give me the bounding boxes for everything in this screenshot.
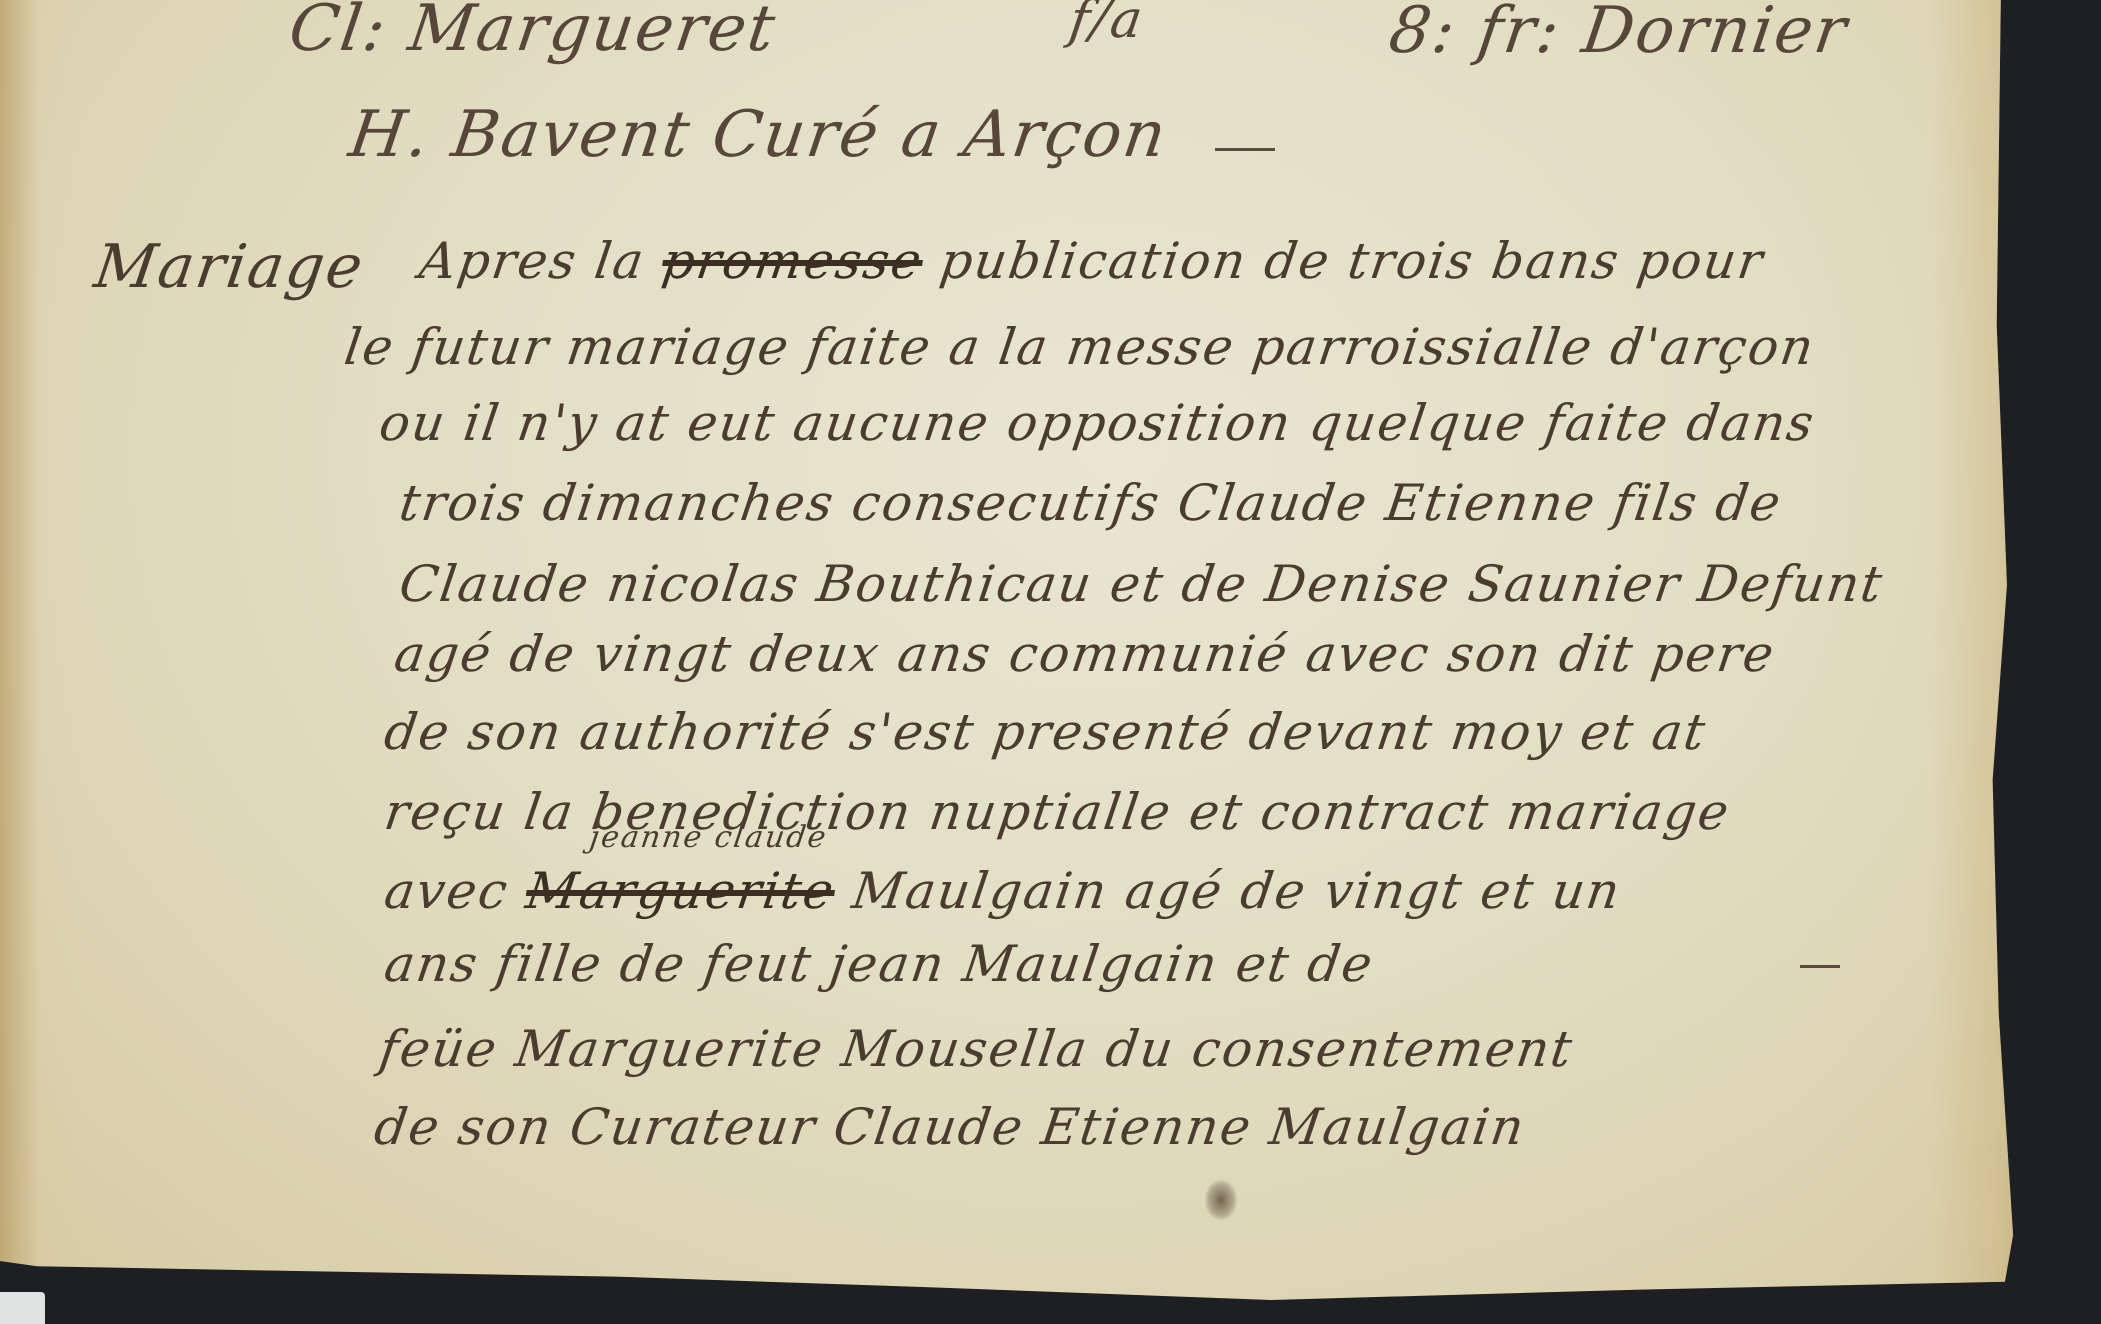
entry-line-4: trois dimanches consecutifs Claude Etien… [396, 474, 1786, 532]
interlinear-insertion: jeanne claude [588, 820, 830, 855]
line-continuation-dash [1800, 965, 1840, 968]
line-text: publication de trois bans pour [919, 232, 1768, 290]
entry-line-11: feüe Marguerite Mousella du consentement [376, 1020, 1577, 1078]
margin-heading: Mariage [90, 232, 369, 302]
entry-line-8: reçu la benediction nuptialle et contrac… [381, 783, 1734, 841]
binding-stain [0, 0, 40, 1300]
struck-word: Marguerite [522, 862, 838, 920]
line-text: avec [381, 862, 531, 920]
signature-curate: H. Bavent Curé a Arçon [345, 98, 1172, 172]
struck-word: promesse [659, 232, 927, 290]
entry-line-7: de son authorité s'est presenté devant m… [381, 703, 1711, 761]
entry-line-3: ou il n'y at eut aucune opposition quelq… [376, 394, 1819, 452]
manuscript-page: Cl: Margueret f/a 8: fr: Dornier H. Bave… [0, 0, 2050, 1300]
page-edge-wear [1930, 0, 2050, 1300]
signature-flourish [1215, 148, 1275, 151]
archive-tab [0, 1292, 45, 1324]
signature-mark: f/a [1066, 0, 1148, 50]
entry-line-12: de son Curateur Claude Etienne Maulgain [371, 1098, 1529, 1156]
line-text: Apres la [416, 232, 667, 290]
entry-line-6: agé de vingt deux ans communié avec son … [391, 625, 1779, 683]
signature-margueret: Cl: Margueret [285, 0, 781, 66]
entry-line-9: avec Marguerite Maulgain agé de vingt et… [381, 862, 1625, 920]
ink-blot [1205, 1180, 1237, 1220]
signature-dornier: 8: fr: Dornier [1385, 0, 1853, 68]
entry-line-2: le futur mariage faite a la messe parroi… [341, 318, 1819, 376]
entry-line-1: Apres la promesse publication de trois b… [416, 232, 1768, 290]
line-text: Maulgain agé de vingt et un [831, 862, 1625, 920]
entry-line-10: ans fille de feut jean Maulgain et de [381, 935, 1378, 993]
entry-line-5: Claude nicolas Bouthicau et de Denise Sa… [396, 555, 1887, 613]
